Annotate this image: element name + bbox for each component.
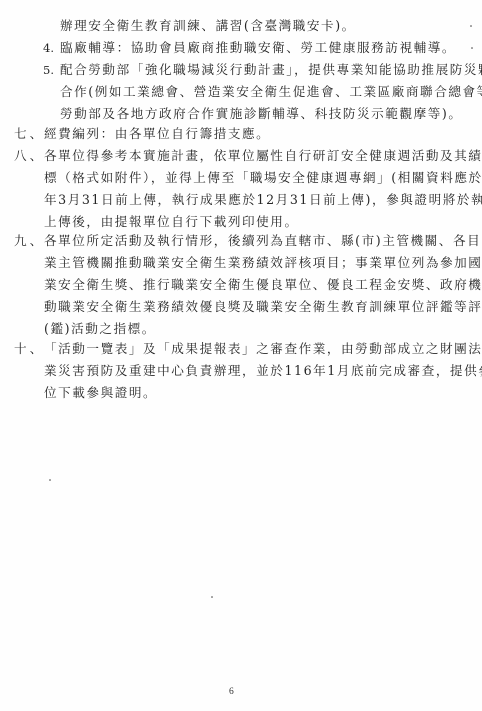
- section-text: 年3月31日前上傳，執行成果應於12月31日前上傳)，參與證明將於執行成果: [44, 192, 482, 208]
- list-item-text: 合作(例如工業總會、營造業安全衛生促進會、工業區廠商聯合總會等與: [60, 84, 482, 100]
- section-text: 經費編列：由各單位自行籌措支應。: [44, 126, 270, 142]
- section-text: 各單位所定活動及執行情形，後續列為直轄市、縣(市)主管機關、各目的事: [44, 233, 482, 249]
- section-text: 「活動一覽表」及「成果提報表」之審查作業，由勞動部成立之財團法人職: [44, 341, 482, 357]
- continuation-line: 辦理安全衛生教育訓練、講習(含臺灣職安卡)。: [60, 18, 356, 34]
- section-marker: 十、: [14, 341, 45, 357]
- scan-speck: [471, 47, 473, 49]
- list-item-number: 5.: [43, 62, 54, 78]
- list-item-text: 臨廠輔導：協助會員廠商推動職安衛、勞工健康服務訪視輔導。: [60, 40, 456, 56]
- section-text: 業主管機關推動職業安全衛生業務績效評核項目；事業單位列為參加國家職: [44, 255, 482, 271]
- list-item-text: 勞動部及各地方政府合作實施診斷輔導、科技防災示範觀摩等)。: [60, 106, 463, 122]
- section-text: 業安全衛生獎、推行職業安全衛生優良單位、優良工程金安獎、政府機構推: [44, 277, 482, 293]
- section-text: (鑑)活動之指標。: [44, 321, 156, 337]
- section-marker: 八、: [14, 148, 45, 164]
- document-page: 辦理安全衛生教育訓練、講習(含臺灣職安卡)。 4. 臨廠輔導：協助會員廠商推動職…: [0, 0, 482, 711]
- section-text: 位下載參與證明。: [44, 385, 157, 401]
- section-marker: 九、: [14, 233, 45, 249]
- section-text: 標（格式如附件），並得上傳至「職場安全健康週專網」(相關資料應於115: [44, 170, 482, 186]
- list-item-number: 4.: [43, 40, 54, 56]
- section-text: 動職業安全衛生業務績效優良獎及職業安全衛生教育訓練單位評鑑等評選: [44, 299, 482, 315]
- scan-speck: [49, 479, 51, 481]
- section-marker: 七、: [14, 126, 45, 142]
- scan-speck: [470, 25, 472, 27]
- section-text: 業災害預防及重建中心負責辦理，並於116年1月底前完成審查，提供參與單: [44, 363, 482, 379]
- section-text: 上傳後，由提報單位自行下載列印使用。: [44, 214, 299, 230]
- page-number: 6: [229, 687, 234, 697]
- scan-speck: [211, 596, 213, 598]
- section-text: 各單位得參考本實施計畫，依單位屬性自行研訂安全健康週活動及其績效指: [44, 148, 482, 164]
- list-item-text: 配合勞動部「強化職場減災行動計畫」，提供專業知能協助推展防災夥伴: [60, 62, 482, 78]
